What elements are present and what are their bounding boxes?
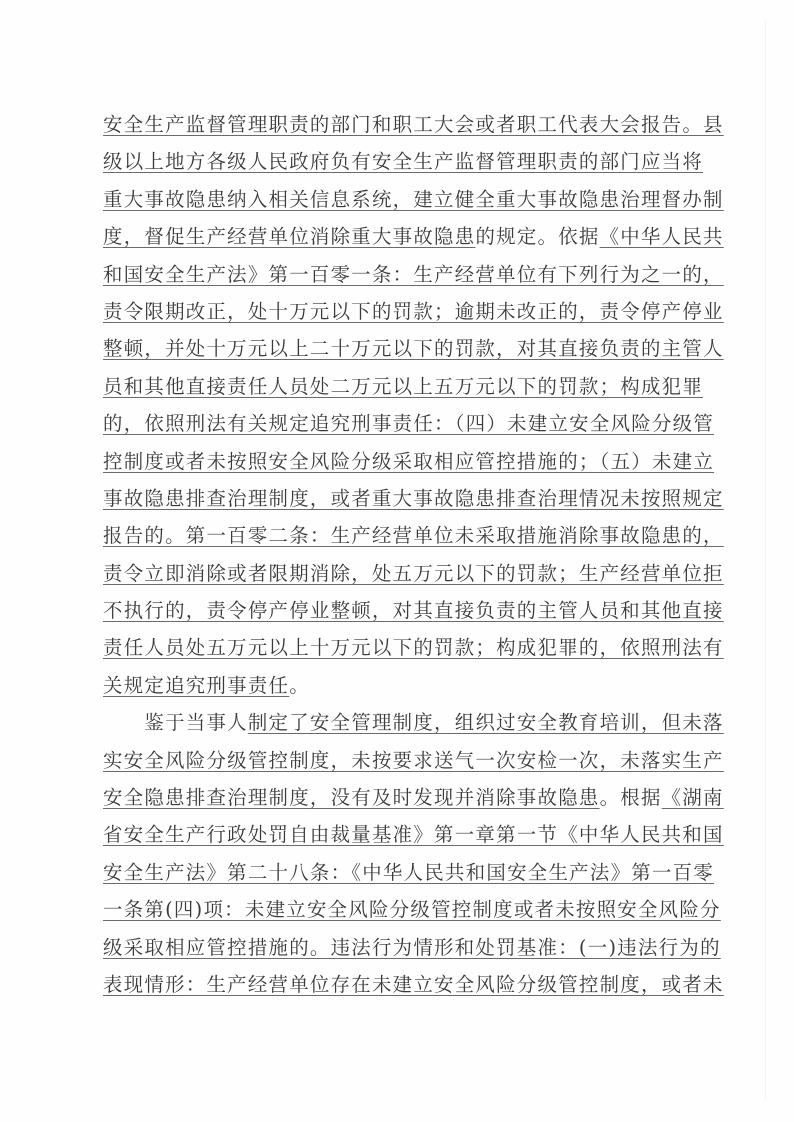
text-segment-underlined: 实安全风险分级管控制度，未按要求送气一次安检一次，未落实生产 xyxy=(103,748,724,785)
text-line: 事故隐患排查治理制度，或者重大事故隐患排查治理情况未按照规定 xyxy=(103,486,643,523)
text-segment-underlined: 重大事故隐患纳入相关信息系统，建立健全重大事故隐患治理督办制 xyxy=(103,187,724,224)
text-segment-underlined: 表现情形：生产经营单位存在未建立安全风险分级管控制度，或者未 xyxy=(103,972,724,1009)
text-line: 责令立即消除或者限期消除，处五万元以下的罚款；生产经营单位拒 xyxy=(103,561,643,598)
text-line: 安全生产监督管理职责的部门和职工大会或者职工代表大会报告。县 xyxy=(103,112,643,149)
text-line: 整顿，并处十万元以上二十万元以下的罚款，对其直接负责的主管人 xyxy=(103,336,643,373)
text-segment-underlined: 级采取相应管控措施的。违法行为情形和处罚基准：(一)违法行为的 xyxy=(103,935,721,972)
text-segment-underlined: 和国安全生产法》第一百零一条：生产经营单位有下列行为之一的， xyxy=(103,262,724,299)
text-line: 重大事故隐患纳入相关信息系统，建立健全重大事故隐患治理督办制 xyxy=(103,187,643,224)
text-segment-underlined: 一条第(四)项：未建立安全风险分级管控制度或者未按照安全风险分 xyxy=(103,897,721,934)
text-segment-underlined: 责任人员处五万元以上十万元以下的罚款；构成犯罪的，依照刑法有 xyxy=(103,635,724,672)
text-segment-underlined: 员和其他直接责任人员处二万元以上五万元以下的罚款；构成犯罪 xyxy=(103,374,703,411)
text-line: 省安全生产行政处罚自由裁量基准》第一章第一节《中华人民共和国 xyxy=(103,822,643,859)
text-line: 报告的。第一百零二条：生产经营单位未采取措施消除事故隐患的， xyxy=(103,523,643,560)
text-segment-underlined: 控制度或者未按照安全风险分级采取相应管控措施的；（五）未建立 xyxy=(103,449,714,486)
text-line: 关规定追究刑事责任。 xyxy=(103,673,643,710)
text-line: 度，督促生产经营单位消除重大事故隐患的规定。依据《中华人民共 xyxy=(103,224,643,261)
text-line: 责令限期改正，处十万元以下的罚款；逾期未改正的，责令停产停业 xyxy=(103,299,643,336)
text-segment: 鉴于当事人 xyxy=(103,710,248,747)
text-segment-underlined: 度，督促生产经营单位消除重大事故隐患 xyxy=(103,224,475,261)
text-segment: 的规定。依据 xyxy=(475,224,599,261)
text-segment-underlined: 责令立即消除或者限期消除，处五万元以下的罚款；生产经营单位拒 xyxy=(103,561,724,598)
scan-page-edge xyxy=(765,20,766,1100)
text-line: 鉴于当事人制定了安全管理制度，组织过安全教育培训，但未落 xyxy=(103,710,643,747)
text-line: 实安全风险分级管控制度，未按要求送气一次安检一次，未落实生产 xyxy=(103,748,643,785)
text-segment: 。根据 xyxy=(600,785,662,822)
text-line: 不执行的，责令停产停业整顿，对其直接负责的主管人员和其他直接 xyxy=(103,598,643,635)
text-line: 责任人员处五万元以上十万元以下的罚款；构成犯罪的，依照刑法有 xyxy=(103,635,643,672)
text-line: 安全隐患排查治理制度，没有及时发现并消除事故隐患。根据《湖南 xyxy=(103,785,643,822)
text-segment-underlined: 制定了安全管理制度，组织过安全教育培训，但未落 xyxy=(248,710,724,747)
text-segment-underlined: 责令限期改正，处十万元以下的罚款；逾期未改正的，责令停产停业 xyxy=(103,299,724,336)
text-segment-underlined: 安全隐患排查治理制度，没有及时发现并消除事故隐患 xyxy=(103,785,600,822)
paragraph-1: 安全生产监督管理职责的部门和职工大会或者职工代表大会报告。县 级以上地方各级人民… xyxy=(103,112,643,710)
text-line: 安全生产法》第二十八条：《中华人民共和国安全生产法》第一百零 xyxy=(103,860,643,897)
text-segment-underlined: 的，依照刑法有关规定追究刑事责任：（四）未建立安全风险分级管 xyxy=(103,411,714,448)
text-segment-underlined: 不执行的，责令停产停业整顿，对其直接负责的主管人员和其他直接 xyxy=(103,598,724,635)
text-line: 员和其他直接责任人员处二万元以上五万元以下的罚款；构成犯罪 xyxy=(103,374,643,411)
text-segment-underlined: 报告的。第一百零二条：生产经营单位未采取措施消除事故隐患的， xyxy=(103,523,724,560)
text-segment-underlined: 级以上地方各级人民政府负有安全生产监督管理职责的部门应当将 xyxy=(103,149,703,186)
text-segment-underlined: 《湖南 xyxy=(662,785,724,822)
paragraph-2: 鉴于当事人制定了安全管理制度，组织过安全教育培训，但未落 实安全风险分级管控制度… xyxy=(103,710,643,1009)
text-segment: 。 xyxy=(289,673,310,710)
text-line: 级以上地方各级人民政府负有安全生产监督管理职责的部门应当将 xyxy=(103,149,643,186)
text-segment-underlined: 省安全生产行政处罚自由裁量基准》第一章第一节《中华人民共和国 xyxy=(103,822,724,859)
text-line: 的，依照刑法有关规定追究刑事责任：（四）未建立安全风险分级管 xyxy=(103,411,643,448)
text-line: 控制度或者未按照安全风险分级采取相应管控措施的；（五）未建立 xyxy=(103,449,643,486)
text-line: 级采取相应管控措施的。违法行为情形和处罚基准：(一)违法行为的 xyxy=(103,935,643,972)
text-segment-underlined: 关规定追究刑事责任 xyxy=(103,673,289,710)
text-line: 一条第(四)项：未建立安全风险分级管控制度或者未按照安全风险分 xyxy=(103,897,643,934)
text-segment-underlined: 安全生产监督管理职责的部门和职工大会或者职工代表大会报告。县 xyxy=(103,112,724,149)
text-segment-underlined: 事故隐患排查治理制度，或者重大事故隐患排查治理情况未按照规定 xyxy=(103,486,724,523)
text-line: 表现情形：生产经营单位存在未建立安全风险分级管控制度，或者未 xyxy=(103,972,643,1009)
text-segment-underlined: 安全生产法》第二十八条：《中华人民共和国安全生产法》第一百零 xyxy=(103,860,714,897)
text-segment-underlined: 《中华人民共 xyxy=(600,224,724,261)
document-body: 安全生产监督管理职责的部门和职工大会或者职工代表大会报告。县 级以上地方各级人民… xyxy=(103,112,643,1009)
text-segment-underlined: 整顿，并处十万元以上二十万元以下的罚款，对其直接负责的主管人 xyxy=(103,336,724,373)
text-line: 和国安全生产法》第一百零一条：生产经营单位有下列行为之一的， xyxy=(103,262,643,299)
